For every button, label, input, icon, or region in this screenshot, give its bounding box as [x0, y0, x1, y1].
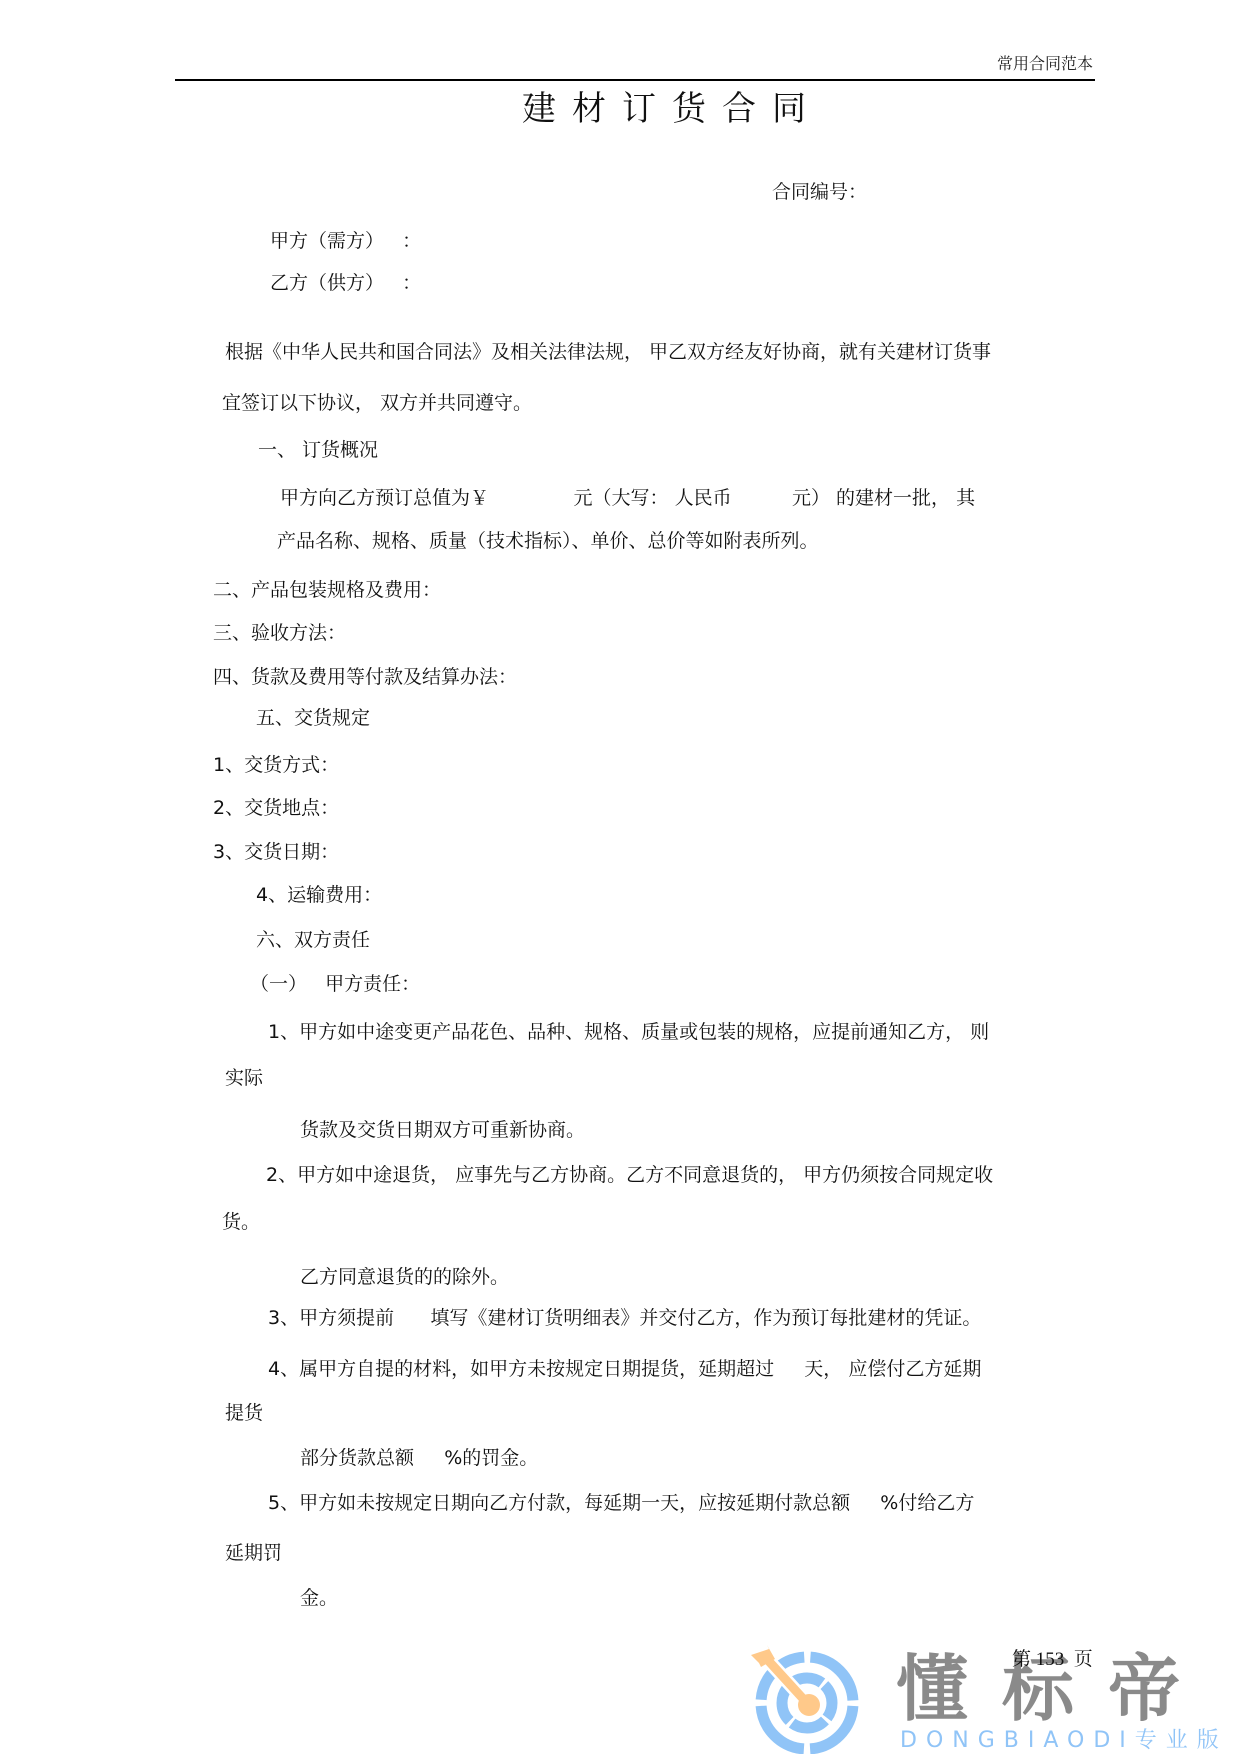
party-a-duties-heading: （一） 甲方责任：: [250, 972, 420, 996]
section-6-heading: 六、双方责任: [256, 928, 370, 952]
section-2-heading: 二、产品包装规格及费用：: [213, 578, 441, 602]
clause-4-line-2: 提货: [225, 1401, 263, 1425]
clause-2-line-1: 2、甲方如中途退货， 应事先与乙方协商。乙方不同意退货的， 甲方仍须按合同规定收: [266, 1163, 993, 1187]
section-3-heading: 三、验收方法：: [213, 621, 346, 645]
clause-4-line-1: 4、属甲方自提的材料，如甲方未按规定日期提货，延期超过 天， 应偿付乙方延期: [268, 1357, 981, 1381]
delivery-location: 2、交货地点：: [213, 796, 339, 820]
page-title: 建材订货合同: [522, 88, 822, 130]
page-number: 第 153 页: [1012, 1648, 1093, 1672]
clause-2-line-3: 乙方同意退货的的除外。: [300, 1265, 509, 1289]
party-b-label: 乙方（供方） ：: [270, 271, 421, 295]
clause-5-line-2: 延期罚: [225, 1541, 282, 1565]
section-1-line-1: 甲方向乙方预订总值为￥ 元（大写： 人民币 元） 的建材一批， 其: [280, 486, 975, 510]
transport-cost: 4、运输费用：: [256, 883, 382, 907]
preamble-line-2: 宜签订以下协议， 双方并共同遵守。: [222, 391, 532, 415]
delivery-date: 3、交货日期：: [213, 840, 339, 864]
clause-1-line-3: 货款及交货日期双方可重新协商。: [300, 1118, 585, 1142]
watermark-brand-subtitle: DONGBIAODI专业版: [900, 1728, 1228, 1754]
section-1-heading: 一、 订货概况: [258, 438, 378, 462]
section-4-heading: 四、货款及费用等付款及结算办法：: [213, 665, 517, 689]
clause-1-line-2: 实际: [225, 1066, 263, 1090]
clause-5-line-1: 5、甲方如未按规定日期向乙方付款，每延期一天，应按延期付款总额 %付给乙方: [268, 1491, 974, 1515]
preamble-line-1: 根据《中华人民共和国合同法》及相关法律法规， 甲乙双方经友好协商，就有关建材订货…: [225, 340, 991, 364]
clause-4-line-3: 部分货款总额 %的罚金。: [300, 1446, 538, 1470]
header-rule: [175, 79, 1095, 81]
section-1-line-2: 产品名称、规格、质量（技术指标）、单价、总价等如附表所列。: [277, 529, 819, 553]
delivery-method: 1、交货方式：: [213, 753, 339, 777]
section-5-heading: 五、交货规定: [256, 706, 370, 730]
clause-5-line-3: 金。: [300, 1586, 338, 1610]
clause-2-line-2: 货。: [222, 1210, 260, 1234]
header-running-title: 常用合同范本: [997, 54, 1093, 74]
clause-1-line-1: 1、甲方如中途变更产品花色、品种、规格、质量或包装的规格，应提前通知乙方， 则: [268, 1020, 989, 1044]
target-arrow-icon: [745, 1643, 863, 1754]
party-a-label: 甲方（需方） ：: [270, 229, 421, 253]
clause-3-line-1: 3、甲方须提前 填写《建材订货明细表》并交付乙方，作为预订每批建材的凭证。: [268, 1306, 981, 1330]
contract-number-label: 合同编号：: [772, 180, 867, 204]
